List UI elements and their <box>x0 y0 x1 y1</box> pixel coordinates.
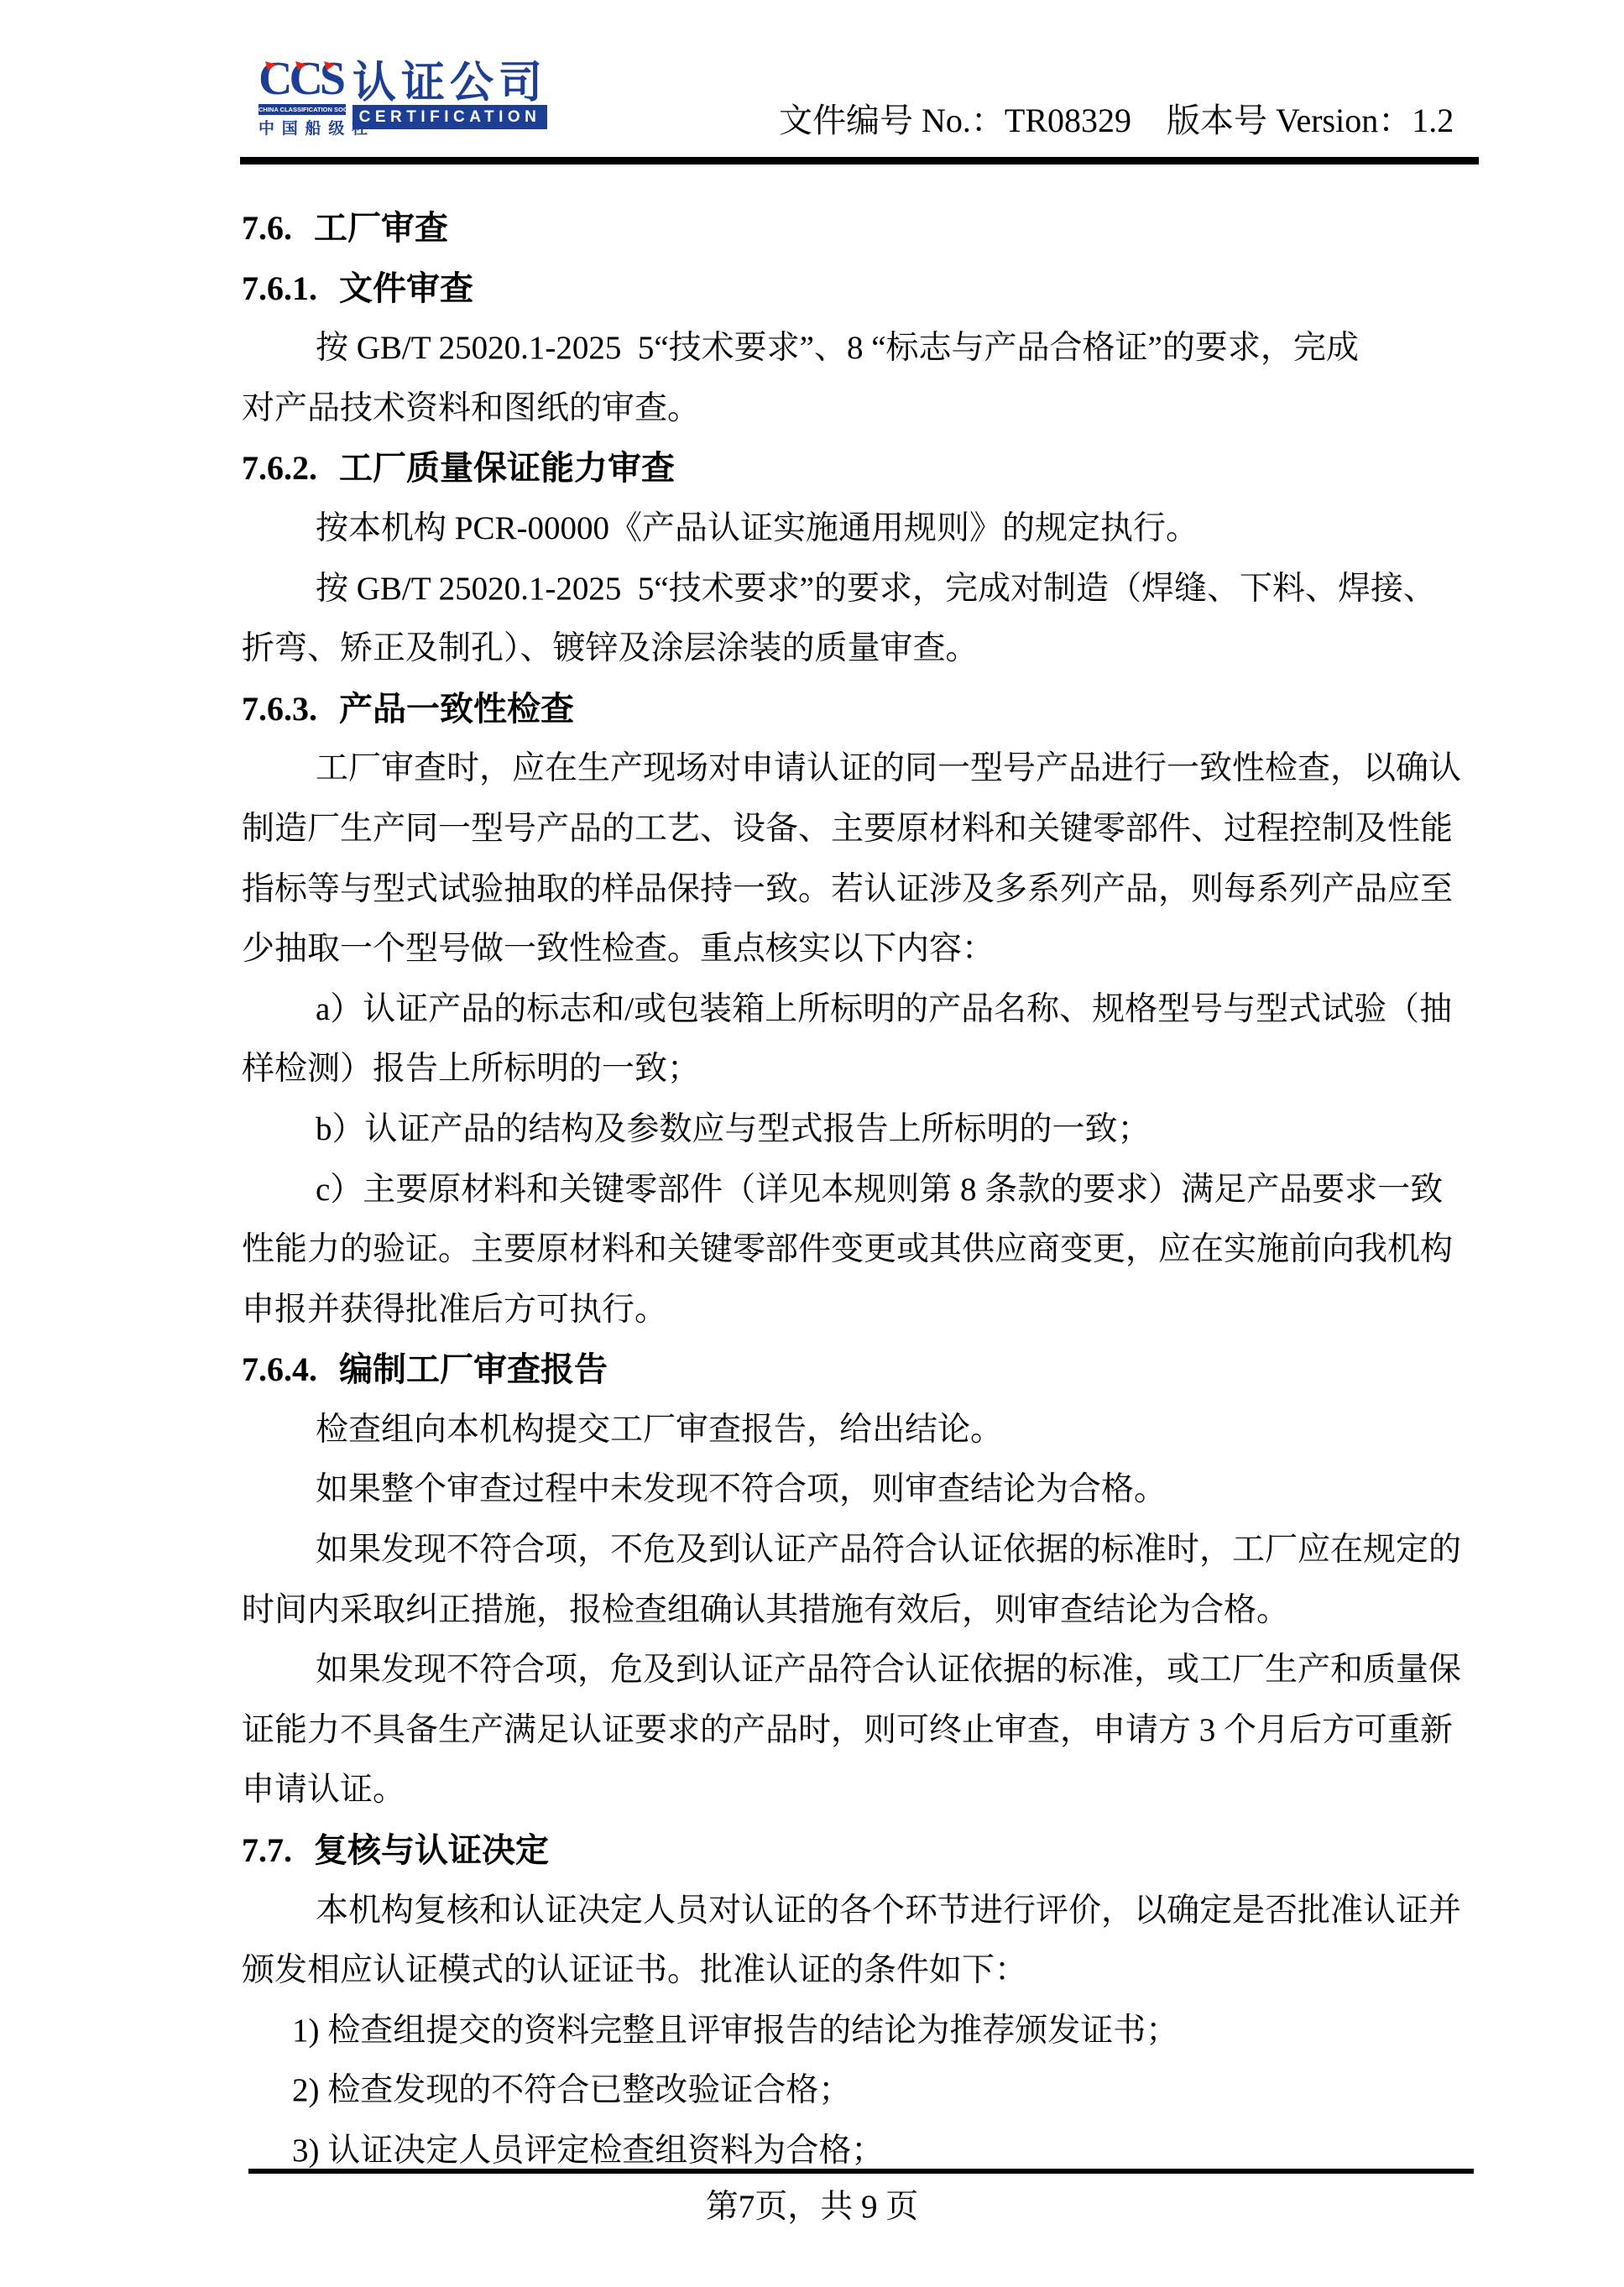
ccs-logo-abbr: CCS <box>258 55 342 102</box>
document-page: CCS CHINA CLASSIFICATION SOCIETY 中 国 船 级… <box>0 0 1624 2287</box>
text-line: 制造厂生产同一型号产品的工艺、设备、主要原材料和关键零部件、过程控制及性能 <box>242 799 1469 859</box>
text-line: 如果发现不符合项，不危及到认证产品符合认证依据的标准时，工厂应在规定的 <box>242 1520 1469 1580</box>
header-rule <box>240 157 1479 164</box>
text-line: 对产品技术资料和图纸的审查。 <box>242 379 1469 439</box>
ccs-logo: CCS CHINA CLASSIFICATION SOCIETY 中 国 船 级… <box>258 65 561 145</box>
text-line: 按 GB/T 25020.1-2025 5“技术要求”的要求，完成对制造（焊缝、… <box>242 559 1469 619</box>
text-line: 如果发现不符合项，危及到认证产品符合认证依据的标准，或工厂生产和质量保 <box>242 1640 1469 1700</box>
section-number: 7.6.3. <box>242 679 317 739</box>
section-number: 7.6.2. <box>242 438 317 499</box>
text-line: 折弯、矫正及制孔）、镀锌及涂层涂装的质量审查。 <box>242 619 1469 679</box>
text-line: 如果整个审查过程中未发现不符合项，则审查结论为合格。 <box>242 1459 1469 1520</box>
document-header-info: 文件编号 No.：TR08329 版本号 Version：1.2 <box>779 94 1454 142</box>
text-line: 性能力的验证。主要原材料和关键零部件变更或其供应商变更，应在实施前向我机构 <box>242 1219 1469 1280</box>
text-line: 少抽取一个型号做一致性检查。重点核实以下内容： <box>242 919 1469 979</box>
section-title: 工厂审查 <box>314 209 448 247</box>
text-line: 时间内采取纠正措施，报检查组确认其措施有效后，则审查结论为合格。 <box>242 1580 1469 1641</box>
text-line: 样检测）报告上所标明的一致； <box>242 1039 1469 1099</box>
text-line: 颁发相应认证模式的认证证书。批准认证的条件如下： <box>242 1940 1469 2001</box>
section-heading: 7.7.复核与认证决定 <box>242 1820 1469 1881</box>
text-line: 申请认证。 <box>242 1760 1469 1820</box>
text-line: a）认证产品的标志和/或包装箱上所标明的产品名称、规格型号与型式试验（抽 <box>242 979 1469 1040</box>
section-title: 复核与认证决定 <box>314 1831 549 1869</box>
section-heading: 7.6.1.文件审查 <box>242 258 1469 319</box>
section-heading: 7.6.2.工厂质量保证能力审查 <box>242 438 1469 499</box>
section-number: 7.6.1. <box>242 258 317 319</box>
text-line: 工厂审查时，应在生产现场对申请认证的同一型号产品进行一致性检查，以确认 <box>242 739 1469 799</box>
doc-number: 文件编号 No.：TR08329 <box>779 94 1131 142</box>
text-line: 证能力不具备生产满足认证要求的产品时，则可终止审查，申请方 3 个月后方可重新 <box>242 1700 1469 1761</box>
section-number: 7.6. <box>242 198 292 258</box>
text-line: 2) 检查发现的不符合已整改验证合格； <box>242 2060 1469 2121</box>
text-line: 本机构复核和认证决定人员对认证的各个环节进行评价，以确定是否批准认证并 <box>242 1881 1469 1941</box>
section-title: 文件审查 <box>339 269 473 307</box>
society-name-en: CHINA CLASSIFICATION SOCIETY <box>258 104 346 115</box>
text-line: 按本机构 PCR-00000《产品认证实施通用规则》的规定执行。 <box>242 499 1469 559</box>
text-line: 1) 检查组提交的资料完整且评审报告的结论为推荐颁发证书； <box>242 2001 1469 2061</box>
section-title: 编制工厂审查报告 <box>339 1350 608 1388</box>
section-heading: 7.6.工厂审查 <box>242 198 1469 258</box>
text-line: 指标等与型式试验抽取的样品保持一致。若认证涉及多系列产品，则每系列产品应至 <box>242 859 1469 920</box>
section-title: 工厂质量保证能力审查 <box>339 449 675 487</box>
text-line: b）认证产品的结构及参数应与型式报告上所标明的一致； <box>242 1099 1469 1160</box>
footer-rule <box>248 2169 1474 2174</box>
certification-banner: CERTIFICATION <box>352 105 547 129</box>
company-name-cn: 认证公司 <box>352 62 547 106</box>
doc-version: 版本号 Version：1.2 <box>1167 94 1454 142</box>
text-line: 检查组向本机构提交工厂审查报告，给出结论。 <box>242 1400 1469 1460</box>
section-number: 7.7. <box>242 1820 292 1881</box>
text-line: 按 GB/T 25020.1-2025 5“技术要求”、8 “标志与产品合格证”… <box>242 318 1469 379</box>
section-number: 7.6.4. <box>242 1339 317 1400</box>
text-line: c）主要原材料和关键零部件（详见本规则第 8 条款的要求）满足产品要求一致 <box>242 1160 1469 1220</box>
page-number: 第7页，共 9 页 <box>0 2180 1624 2227</box>
text-line: 申报并获得批准后方可执行。 <box>242 1280 1469 1340</box>
section-heading: 7.6.3.产品一致性检查 <box>242 679 1469 739</box>
body-lines: 7.6.工厂审查7.6.1.文件审查按 GB/T 25020.1-2025 5“… <box>242 198 1469 2181</box>
section-title: 产品一致性检查 <box>339 690 574 728</box>
section-heading: 7.6.4.编制工厂审查报告 <box>242 1339 1469 1400</box>
